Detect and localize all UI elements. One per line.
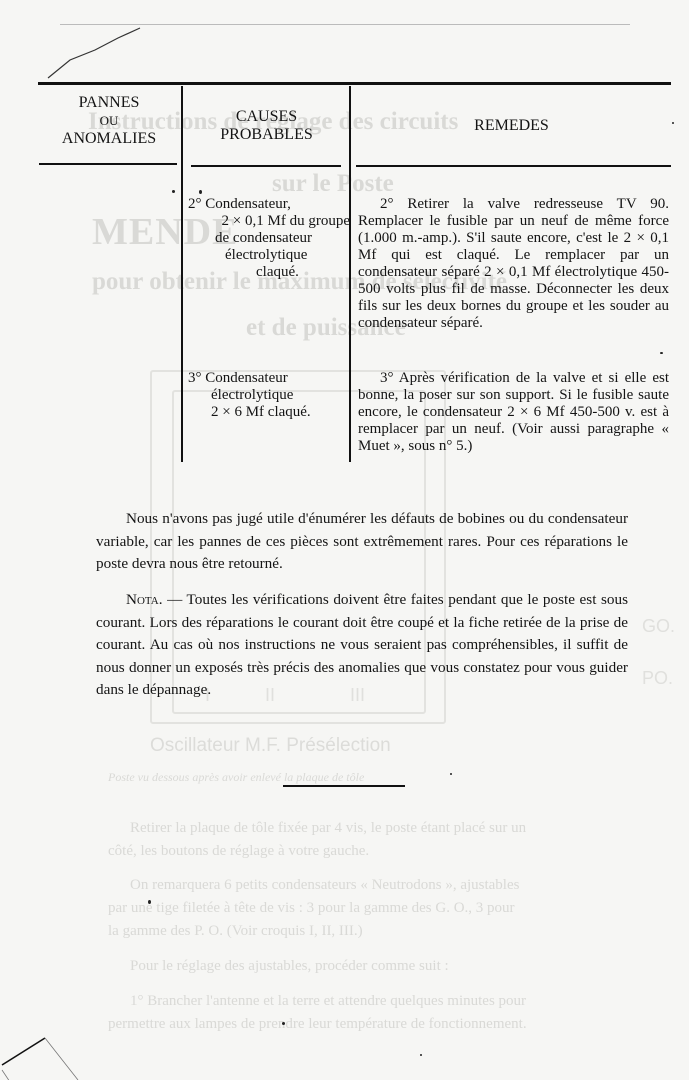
section-separator [283, 785, 405, 787]
ghost-paragraph-line: Pour le réglage des ajustables, procéder… [130, 958, 449, 975]
scanned-page: Instructions de réglage des circuits sur… [0, 0, 689, 1080]
row-1-remedy: 2° Retirer la valve redresseuse TV 90. R… [358, 196, 669, 332]
table-column-divider-1 [181, 86, 183, 462]
row-2-cause: 3° Condensateur électrolytique 2 × 6 Mf … [188, 370, 348, 421]
speck [420, 1054, 422, 1056]
ghost-caption: Oscillateur M.F. Présélection [150, 735, 391, 757]
header-underline-col3 [356, 165, 671, 167]
ghost-paragraph-line: On remarquera 6 petits condensateurs « N… [130, 877, 519, 894]
speck [282, 1022, 285, 1025]
row-2-remedy: 3° Après vérification de la valve et si … [358, 370, 669, 455]
corner-fold-icon [0, 1010, 80, 1080]
table-top-rule [38, 82, 671, 85]
speck [660, 352, 663, 354]
row-1-cause: 2° Condensateur, 2 × 0,1 Mf du groupe de… [188, 196, 348, 281]
ghost-paragraph-line: Retirer la plaque de tôle fixée par 4 vi… [130, 820, 526, 837]
table-column-divider-2 [349, 86, 351, 462]
speck [672, 122, 674, 124]
ghost-side-label-po: PO. [642, 668, 673, 689]
ghost-paragraph-line: par une tige filetée à tête de vis : 3 p… [108, 900, 515, 917]
speck [172, 190, 175, 193]
header-underline-col1 [39, 163, 177, 165]
ghost-paragraph-line: 1° Brancher l'antenne et la terre et att… [130, 993, 526, 1010]
header-underline-col2 [191, 165, 341, 167]
nota-label: Nota. [126, 591, 163, 608]
ghost-paragraph-line: permettre aux lampes de prendre leur tem… [108, 1016, 527, 1033]
paragraph-bobines: Nous n'avons pas jugé utile d'énumérer l… [96, 508, 628, 576]
ghost-paragraph-line: la gamme des P. O. (Voir croquis I, II, … [108, 923, 363, 940]
header-remedes: REMEDES [352, 117, 671, 135]
paragraph-nota: Nota. — Toutes les vérifications doivent… [96, 589, 628, 702]
header-causes: CAUSES PROBABLES [184, 108, 349, 144]
speck [148, 900, 151, 904]
ghost-side-label-go: GO. [642, 616, 675, 637]
header-pannes: PANNES OU ANOMALIES [40, 94, 178, 148]
ghost-subcaption: Poste vu dessous après avoir enlevé la p… [108, 770, 364, 785]
ghost-title-line-2: sur le Poste [272, 170, 394, 198]
corner-mark-icon [40, 20, 150, 80]
speck [199, 190, 202, 194]
speck [450, 773, 452, 775]
ghost-paragraph-line: côté, les boutons de réglage à votre gau… [108, 843, 369, 860]
